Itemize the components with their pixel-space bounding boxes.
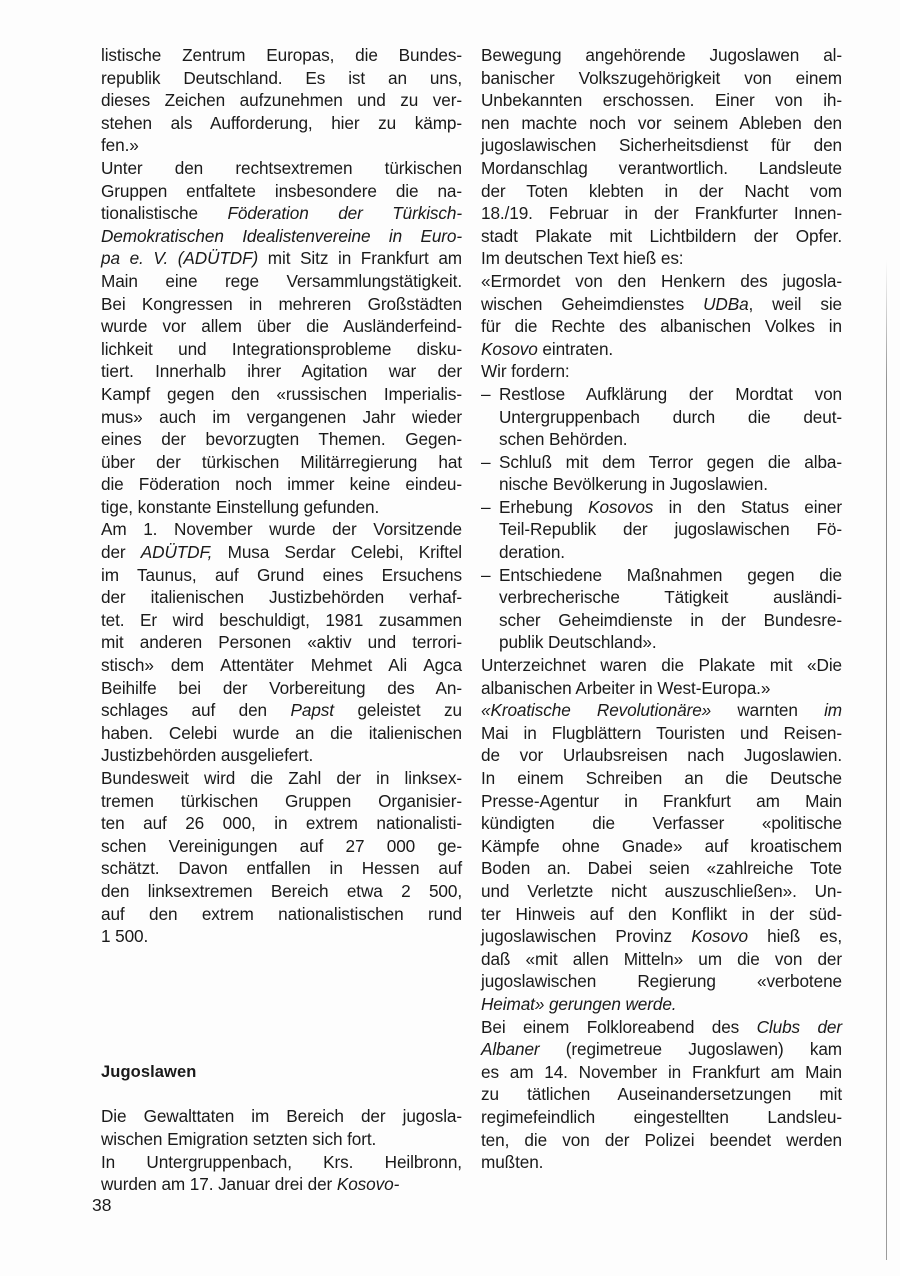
text-line: Unterzeichnet waren die Plakate mit «Die [481,654,842,677]
text-line: tiert. Innerhalb ihrer Agitation war der [101,360,462,383]
text-line: daß «mit allen Mitteln» um die von der [481,948,842,971]
text-line: –Schluß mit dem Terror gegen die alba- [481,451,842,474]
demands-list: –Restlose Aufklärung der Mordtat vonUnte… [481,383,842,654]
text-line: jugoslawischen Regierung «verbotene [481,970,842,993]
text-line: ten, die von der Polizei beendet werden [481,1129,842,1152]
scan-artifact-line [886,260,887,1260]
text-line: Kosovo eintraten. [481,338,842,361]
right-column: Bewegung angehörende Jugoslawen al-banis… [481,44,842,1174]
paragraph: Die Gewalttaten im Bereich der jugosla-w… [101,1105,462,1150]
text-line: über der türkischen Militärregierung hat [101,451,462,474]
text-line: tige, konstante Einstellung gefunden. [101,496,462,519]
text-line: –Erhebung Kosovos in den Status einer [481,496,842,519]
text-line: Unter den rechtsextremen türkischen [101,157,462,180]
text-line: de vor Urlaubsreisen nach Jugoslawien. [481,744,842,767]
text-line: Beihilfe bei der Vorbereitung des An- [101,677,462,700]
list-item: –Entschiedene Maßnahmen gegen dieverbrec… [481,564,842,654]
text-line: zu tätlichen Auseinandersetzungen mit [481,1083,842,1106]
text-line: haben. Celebi wurde an die italienischen [101,722,462,745]
text-line: 1 500. [101,925,462,948]
text-line: In Untergruppenbach, Krs. Heilbronn, [101,1151,462,1174]
text-line: –Entschiedene Maßnahmen gegen die [481,564,842,587]
paragraph: listische Zentrum Europas, die Bundes-re… [101,44,462,157]
text-line: und Verletzte nicht auszuschließen». Un- [481,880,842,903]
text-line: Bewegung angehörende Jugoslawen al- [481,44,842,67]
text-line: der ADÜTDF, Musa Serdar Celebi, Kriftel [101,541,462,564]
paragraph: Unterzeichnet waren die Plakate mit «Die… [481,654,842,699]
text-line: Unbekannten erschossen. Einer von ih- [481,89,842,112]
text-line: deration. [481,541,842,564]
text-line: «Ermordet von den Henkern des jugosla- [481,270,842,293]
text-line: eines der bevorzugten Themen. Gegen- [101,428,462,451]
text-line: verbrecherische Tätigkeit ausländi- [481,586,842,609]
list-item: –Erhebung Kosovos in den Status einerTei… [481,496,842,564]
text-line: auf den extrem nationalistischen rund [101,903,462,926]
text-line: Bei Kongressen in mehreren Großstädten [101,293,462,316]
text-line: publik Deutschland». [481,631,842,654]
paragraph: Bewegung angehörende Jugoslawen al-banis… [481,44,842,270]
text-line: Justizbehörden ausgeliefert. [101,744,462,767]
text-line: jugoslawischen Sicherheitsdienst für den [481,134,842,157]
text-line: Mai in Flugblättern Touristen und Reisen… [481,722,842,745]
text-line: ten auf 26 000, in extrem nationalisti- [101,812,462,835]
text-line: Boden an. Dabei seien «zahlreiche Tote [481,857,842,880]
text-line: Teil-Republik der jugoslawischen Fö- [481,518,842,541]
text-line: Bundesweit wird die Zahl der in linksex- [101,767,462,790]
text-line: für die Rechte des albanischen Volkes in [481,315,842,338]
text-line: kündigten die Verfasser «politische [481,812,842,835]
bullet-dash-icon: – [481,564,490,587]
text-line: die Föderation noch immer keine eindeu- [101,473,462,496]
text-line: Demokratischen Idealistenvereine in Euro… [101,225,462,248]
text-line: Bei einem Folkloreabend des Clubs der [481,1016,842,1039]
bullet-dash-icon: – [481,451,490,474]
text-line: scher Geheimdienste in der Bundesre- [481,609,842,632]
text-line: Im deutschen Text hieß es: [481,247,842,270]
text-line: tet. Er wird beschuldigt, 1981 zusammen [101,609,462,632]
text-line: im Taunus, auf Grund eines Ersuchens [101,564,462,587]
text-line: tionalistische Föderation der Türkisch- [101,202,462,225]
text-line: Gruppen entfaltete insbesondere die na- [101,180,462,203]
paragraph: «Kroatische Revolutionäre» warnten imMai… [481,699,842,1015]
text-line: der Toten klebten in der Nacht vom [481,180,842,203]
text-line: Heimat» gerungen werde. [481,993,842,1016]
text-line: nen machte noch vor seinem Ableben den [481,112,842,135]
text-line: Kämpfe ohne Gnade» auf kroatischem [481,835,842,858]
text-line: schlages auf den Papst geleistet zu [101,699,462,722]
paragraph: Unter den rechtsextremen türkischenGrupp… [101,157,462,519]
text-line: 18./19. Februar in der Frankfurter Innen… [481,202,842,225]
text-line: wischen Geheimdienstes UDBa, weil sie [481,293,842,316]
text-line: schen Behörden. [481,428,842,451]
document-page: listische Zentrum Europas, die Bundes-re… [0,0,900,1276]
list-item: –Schluß mit dem Terror gegen die alba-ni… [481,451,842,496]
text-line: stadt Plakate mit Lichtbildern der Opfer… [481,225,842,248]
text-line: listische Zentrum Europas, die Bundes- [101,44,462,67]
list-item: –Restlose Aufklärung der Mordtat vonUnte… [481,383,842,451]
text-line: Kampf gegen den «russischen Imperialis- [101,383,462,406]
bullet-dash-icon: – [481,496,490,519]
text-line: nische Bevölkerung in Jugoslawien. [481,473,842,496]
text-line: Die Gewalttaten im Bereich der jugosla- [101,1105,462,1128]
left-column: listische Zentrum Europas, die Bundes-re… [101,44,462,1196]
text-line: der italienischen Justizbehörden verhaf- [101,586,462,609]
spacer [101,1083,462,1105]
text-line: albanischen Arbeiter in West-Europa.» [481,677,842,700]
paragraph: Bundesweit wird die Zahl der in linksex-… [101,767,462,948]
bullet-dash-icon: – [481,383,490,406]
text-line: stisch» dem Attentäter Mehmet Ali Agca [101,654,462,677]
text-line: banischer Volkszugehörigkeit von einem [481,67,842,90]
text-line: Albaner (regimetreue Jugoslawen) kam [481,1038,842,1061]
text-line: Presse-Agentur in Frankfurt am Main [481,790,842,813]
text-line: jugoslawischen Provinz Kosovo hieß es, [481,925,842,948]
text-line: schätzt. Davon entfallen in Hessen auf [101,857,462,880]
quote-block: «Ermordet von den Henkern des jugosla-wi… [481,270,842,360]
text-line: stehen als Aufforderung, hier zu kämp- [101,112,462,135]
text-line: wischen Emigration setzten sich fort. [101,1128,462,1151]
text-line: –Restlose Aufklärung der Mordtat von [481,383,842,406]
text-line: lichkeit und Integrationsprobleme disku- [101,338,462,361]
spacer [101,948,462,1061]
text-line: «Kroatische Revolutionäre» warnten im [481,699,842,722]
text-line: Main eine rege Versammlungstätigkeit. [101,270,462,293]
text-line: tremen türkischen Gruppen Organisier- [101,790,462,813]
text-line: schen Vereinigungen auf 27 000 ge- [101,835,462,858]
text-line: wurde vor allem über die Ausländerfeind- [101,315,462,338]
text-line: den linksextremen Bereich etwa 2 500, [101,880,462,903]
text-line: Mordanschlag verantwortlich. Landsleute [481,157,842,180]
text-line: fen.» [101,134,462,157]
text-line: regimefeindlich eingestellten Landsleu- [481,1106,842,1129]
text-line: dieses Zeichen aufzunehmen und zu ver- [101,89,462,112]
text-line: Am 1. November wurde der Vorsitzende [101,518,462,541]
section-heading: Jugoslawen [101,1061,462,1084]
text-line: Untergruppenbach durch die deut- [481,406,842,429]
paragraph: Bei einem Folkloreabend des Clubs derAlb… [481,1016,842,1174]
text-line: mus» auch im vergangenen Jahr wieder [101,406,462,429]
text-line: ter Hinweis auf den Konflikt in der süd- [481,903,842,926]
text-line: republik Deutschland. Es ist an uns, [101,67,462,90]
paragraph: In Untergruppenbach, Krs. Heilbronn,wurd… [101,1151,462,1196]
text-line: mußten. [481,1151,842,1174]
text-line: wurden am 17. Januar drei der Kosovo- [101,1173,462,1196]
text-line: es am 14. November in Frankfurt am Main [481,1061,842,1084]
text-line: In einem Schreiben an die Deutsche [481,767,842,790]
text-line: mit anderen Personen «aktiv und terrori- [101,631,462,654]
demands-intro: Wir fordern: [481,360,842,383]
text-line: pa e. V. (ADÜTDF) mit Sitz in Frankfurt … [101,247,462,270]
paragraph: Am 1. November wurde der Vorsitzendeder … [101,518,462,767]
page-number: 38 [92,1195,111,1216]
